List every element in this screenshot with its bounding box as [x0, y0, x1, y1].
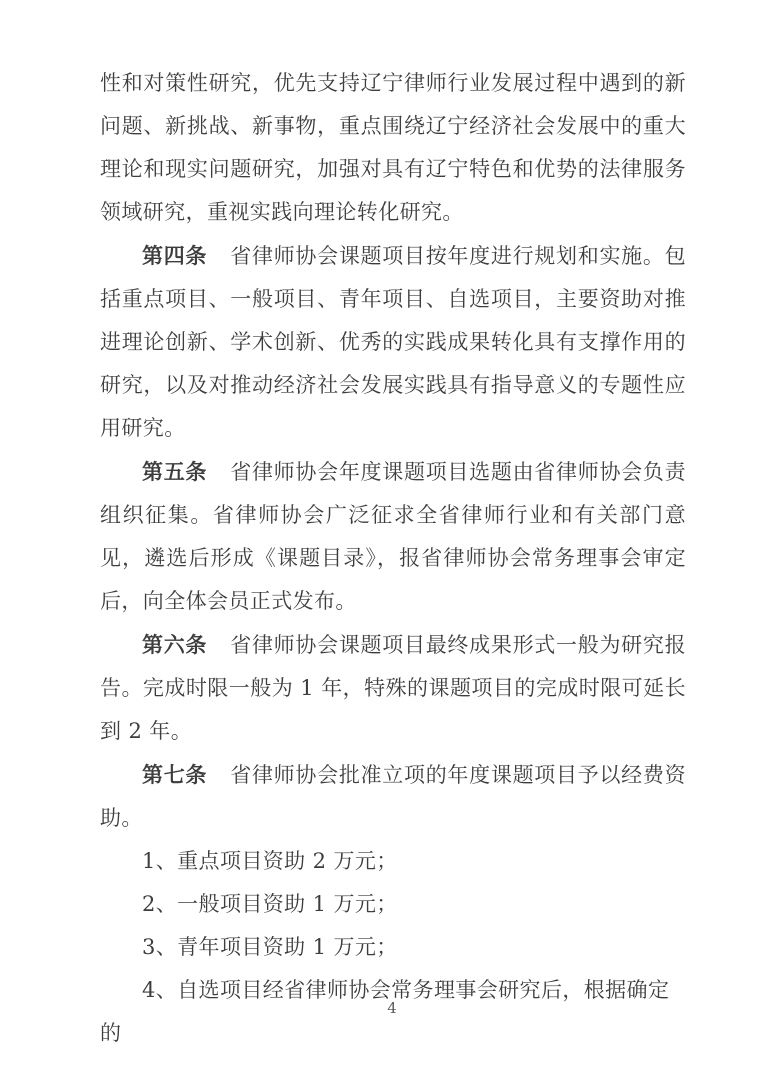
paragraph-article-7: 第七条省律师协会批准立项的年度课题项目予以经费资助。 — [100, 753, 686, 840]
document-page: 性和对策性研究，优先支持辽宁律师行业发展过程中遇到的新问题、新挑战、新事物，重点… — [0, 0, 784, 1071]
article-4-text: 省律师协会课题项目按年度进行规划和实施。包括重点项目、一般项目、青年项目、自选项… — [100, 244, 686, 440]
article-4-label: 第四条 — [142, 243, 207, 268]
list-item-1: 1、重点项目资助 2 万元； — [100, 840, 686, 883]
article-7-label: 第七条 — [142, 762, 207, 787]
article-5-label: 第五条 — [142, 459, 207, 484]
page-number: 4 — [0, 998, 784, 1018]
document-body: 性和对策性研究，优先支持辽宁律师行业发展过程中遇到的新问题、新挑战、新事物，重点… — [100, 62, 686, 1055]
paragraph-article-6: 第六条省律师协会课题项目最终成果形式一般为研究报告。完成时限一般为 1 年，特殊… — [100, 623, 686, 753]
paragraph-article-4: 第四条省律师协会课题项目按年度进行规划和实施。包括重点项目、一般项目、青年项目、… — [100, 234, 686, 450]
article-6-label: 第六条 — [142, 632, 207, 657]
list-item-3: 3、青年项目资助 1 万元； — [100, 926, 686, 969]
list-item-2: 2、一般项目资助 1 万元； — [100, 883, 686, 926]
paragraph-article-5: 第五条省律师协会年度课题项目选题由省律师协会负责组织征集。省律师协会广泛征求全省… — [100, 450, 686, 623]
paragraph-continuation: 性和对策性研究，优先支持辽宁律师行业发展过程中遇到的新问题、新挑战、新事物，重点… — [100, 62, 686, 234]
